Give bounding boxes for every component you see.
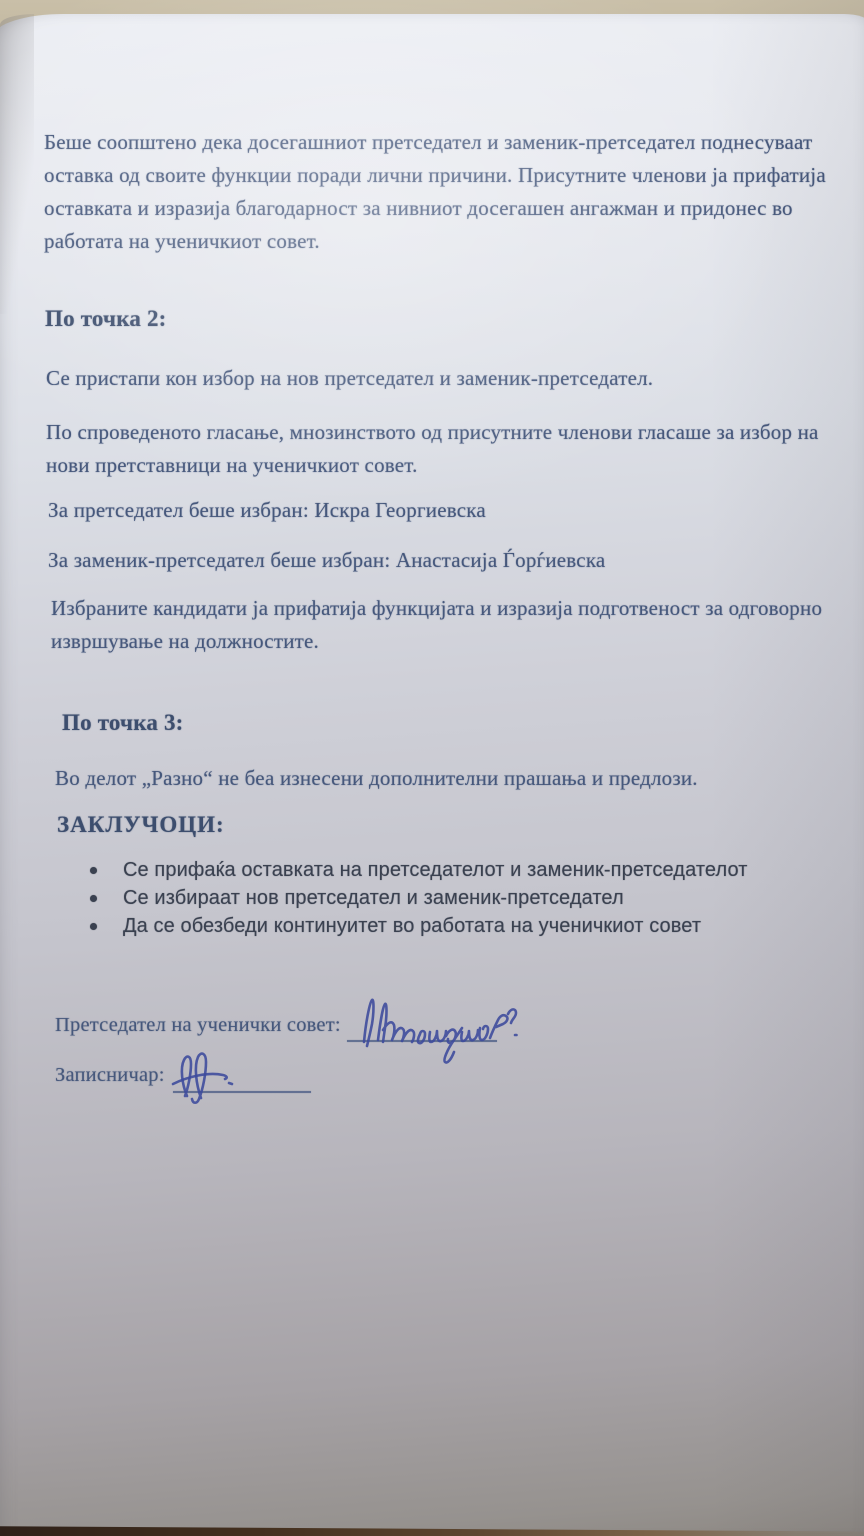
conclusion-text: Се прифаќа оставката на претседателот и …	[123, 860, 748, 881]
document-photo: Беше соопштено дека досегашниот претседа…	[0, 0, 864, 1536]
conclusions-list: Се прифаќа оставката на претседателот и …	[90, 860, 748, 944]
secretary-signature-label: Записничар:	[55, 1064, 165, 1087]
conclusion-text: Да се обезбеди континуитет во работата н…	[123, 916, 701, 937]
signature-stroke	[229, 1083, 232, 1084]
list-item: Се прифаќа оставката на претседателот и …	[90, 860, 748, 881]
list-item: Се избираат нов претседател и заменик-пр…	[90, 888, 748, 909]
paragraph-candidates-accepted: Избраните кандидати ја прифатија функциј…	[51, 592, 843, 658]
signature-stroke	[508, 1009, 516, 1023]
paragraph-vicepresident-elected: За заменик-претседател беше избран: Анас…	[48, 544, 605, 577]
paragraph-misc: Во делот „Разно“ не беа изнесени дополни…	[55, 762, 698, 795]
heading-point-2: По точка 2:	[45, 306, 167, 332]
paragraph-resignation: Беше соопштено дека досегашниот претседа…	[44, 126, 839, 258]
list-item: Да се обезбеди континуитет во работата н…	[90, 916, 748, 937]
paragraph-president-elected: За претседател беше избран: Искра Георги…	[48, 494, 486, 527]
president-signature-label: Претседател на ученички совет:	[55, 1014, 341, 1037]
secretary-signature-handwriting	[165, 1046, 257, 1104]
heading-conclusions: ЗАКЛУЧОЦИ:	[57, 812, 225, 838]
president-signature-handwriting	[350, 990, 520, 1066]
paragraph-voting: По спроведеното гласање, мнозинството од…	[46, 416, 841, 482]
heading-point-3: По точка 3:	[62, 710, 184, 736]
bullet-icon	[90, 895, 97, 902]
paragraph-election-start: Се пристапи кон избор на нов претседател…	[46, 362, 653, 395]
bullet-icon	[90, 923, 97, 930]
signature-stroke	[364, 1000, 507, 1063]
conclusion-text: Се избираат нов претседател и заменик-пр…	[123, 888, 624, 909]
page-corner-shadow	[0, 14, 34, 314]
bullet-icon	[90, 867, 97, 874]
